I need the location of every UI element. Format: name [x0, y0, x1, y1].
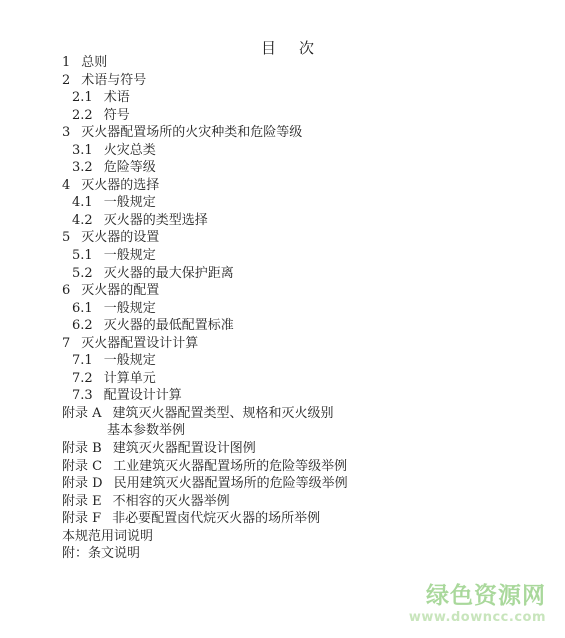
- toc-item-label: 民用建筑灭火器配置场所的危险等级举例: [114, 476, 348, 491]
- toc-item-label: 灭火器的类型选择: [104, 213, 208, 228]
- toc-item-label: 一般规定: [104, 195, 156, 210]
- toc-item-label: 术语与符号: [81, 73, 146, 88]
- toc-item-label: 符号: [104, 108, 130, 123]
- toc-item: 3.2危险等级: [62, 159, 348, 177]
- toc-item-label: 基本参数举例: [107, 423, 185, 438]
- toc-item-label: 计算单元: [104, 371, 156, 386]
- toc-item-label: 附：条文说明: [62, 546, 140, 561]
- toc-item-label: 灭火器的选择: [81, 178, 159, 193]
- toc-item: 2术语与符号: [62, 72, 348, 90]
- toc-item: 6.2灭火器的最低配置标准: [62, 317, 348, 335]
- toc-item: 2.2符号: [62, 107, 348, 125]
- toc-item-number: 5.1: [72, 247, 93, 265]
- toc-item-label: 非必要配置卤代烷灭火器的场所举例: [112, 511, 320, 526]
- toc-item: 附录 E不相容的灭火器举例: [62, 493, 348, 511]
- toc-item-number: 7.1: [72, 352, 93, 370]
- toc-item-label: 一般规定: [104, 301, 156, 316]
- toc-item-number: 5.2: [72, 265, 93, 283]
- toc-item: 7灭火器配置设计计算: [62, 335, 348, 353]
- toc-item: 附录 A建筑灭火器配置类型、规格和灭火级别: [62, 405, 348, 423]
- toc-item-number: 4: [62, 177, 70, 195]
- toc-item: 1总则: [62, 54, 348, 72]
- toc-item-number: 附录 D: [62, 475, 103, 493]
- toc-item: 本规范用词说明: [62, 528, 348, 546]
- toc-item-number: 附录 C: [62, 458, 102, 476]
- toc-item-label: 灭火器的配置: [81, 283, 159, 298]
- toc-item-label: 危险等级: [104, 160, 156, 175]
- toc-item-label: 灭火器的最大保护距离: [104, 266, 234, 281]
- toc-item-number: 附录 A: [62, 405, 102, 423]
- watermark-site-name: 绿色资源网: [409, 584, 546, 609]
- toc-item-label: 一般规定: [104, 248, 156, 263]
- toc-item-number: 3.2: [72, 159, 93, 177]
- watermark-site-url: www.downcc.com: [409, 610, 546, 625]
- toc-item-label: 一般规定: [104, 353, 156, 368]
- toc-item: 6.1一般规定: [62, 300, 348, 318]
- toc-item-number: 3: [62, 124, 70, 142]
- toc-item: 5.1一般规定: [62, 247, 348, 265]
- toc-item: 5.2灭火器的最大保护距离: [62, 265, 348, 283]
- toc-item-label: 灭火器的设置: [81, 230, 159, 245]
- toc-item: 附录 C工业建筑灭火器配置场所的危险等级举例: [62, 458, 348, 476]
- toc-item-number: 4.2: [72, 212, 93, 230]
- toc-item-label: 建筑灭火器配置设计图例: [113, 441, 256, 456]
- toc-item: 4.2灭火器的类型选择: [62, 212, 348, 230]
- toc-item-label: 配置设计计算: [104, 388, 182, 403]
- toc-item: 附：条文说明: [62, 545, 348, 563]
- toc-item: 3灭火器配置场所的火灾种类和危险等级: [62, 124, 348, 142]
- toc-item-label: 建筑灭火器配置类型、规格和灭火级别: [113, 406, 334, 421]
- toc-item-label: 灭火器的最低配置标准: [104, 318, 234, 333]
- toc-item: 6灭火器的配置: [62, 282, 348, 300]
- toc-item-label: 不相容的灭火器举例: [113, 494, 230, 509]
- toc-item-number: 附录 E: [62, 493, 102, 511]
- toc-item: 附录 B建筑灭火器配置设计图例: [62, 440, 348, 458]
- toc-item-label: 本规范用词说明: [62, 529, 153, 544]
- toc-item: 2.1术语: [62, 89, 348, 107]
- toc-item-number: 2: [62, 72, 70, 90]
- toc-item-number: 2.1: [72, 89, 93, 107]
- toc-item-label: 火灾总类: [104, 143, 156, 158]
- toc-item-number: 7.2: [72, 370, 93, 388]
- toc: 1总则 2术语与符号 2.1术语 2.2符号 3灭火器配置场所的火灾种类和危险等…: [62, 54, 348, 563]
- toc-item-number: 附录 B: [62, 440, 102, 458]
- toc-item: 基本参数举例: [62, 422, 348, 440]
- toc-item-number: 4.1: [72, 194, 93, 212]
- toc-item-label: 灭火器配置设计计算: [81, 336, 198, 351]
- toc-item-number: 7: [62, 335, 70, 353]
- toc-item-number: 6.2: [72, 317, 93, 335]
- toc-item-number: 7.3: [72, 387, 93, 405]
- toc-item-number: 6: [62, 282, 70, 300]
- toc-item-number: 附录 F: [62, 510, 101, 528]
- toc-item: 附录 F非必要配置卤代烷灭火器的场所举例: [62, 510, 348, 528]
- toc-item-label: 工业建筑灭火器配置场所的危险等级举例: [113, 459, 347, 474]
- toc-item: 3.1火灾总类: [62, 142, 348, 160]
- toc-item: 4.1一般规定: [62, 194, 348, 212]
- toc-item-number: 2.2: [72, 107, 93, 125]
- toc-item-label: 术语: [104, 90, 130, 105]
- watermark: 绿色资源网 www.downcc.com: [409, 584, 546, 625]
- toc-item-label: 总则: [81, 55, 107, 70]
- toc-item-number: 6.1: [72, 300, 93, 318]
- toc-item-number: 3.1: [72, 142, 93, 160]
- toc-item: 7.1一般规定: [62, 352, 348, 370]
- toc-item: 附录 D民用建筑灭火器配置场所的危险等级举例: [62, 475, 348, 493]
- toc-item-number: 1: [62, 54, 70, 72]
- toc-item: 5灭火器的设置: [62, 229, 348, 247]
- toc-item-label: 灭火器配置场所的火灾种类和危险等级: [81, 125, 302, 140]
- toc-item: 7.3配置设计计算: [62, 387, 348, 405]
- toc-item: 7.2计算单元: [62, 370, 348, 388]
- toc-item: 4灭火器的选择: [62, 177, 348, 195]
- toc-item-number: 5: [62, 229, 70, 247]
- document-page: 目 次 1总则 2术语与符号 2.1术语 2.2符号 3灭火器配置场所的火灾种类…: [0, 0, 565, 638]
